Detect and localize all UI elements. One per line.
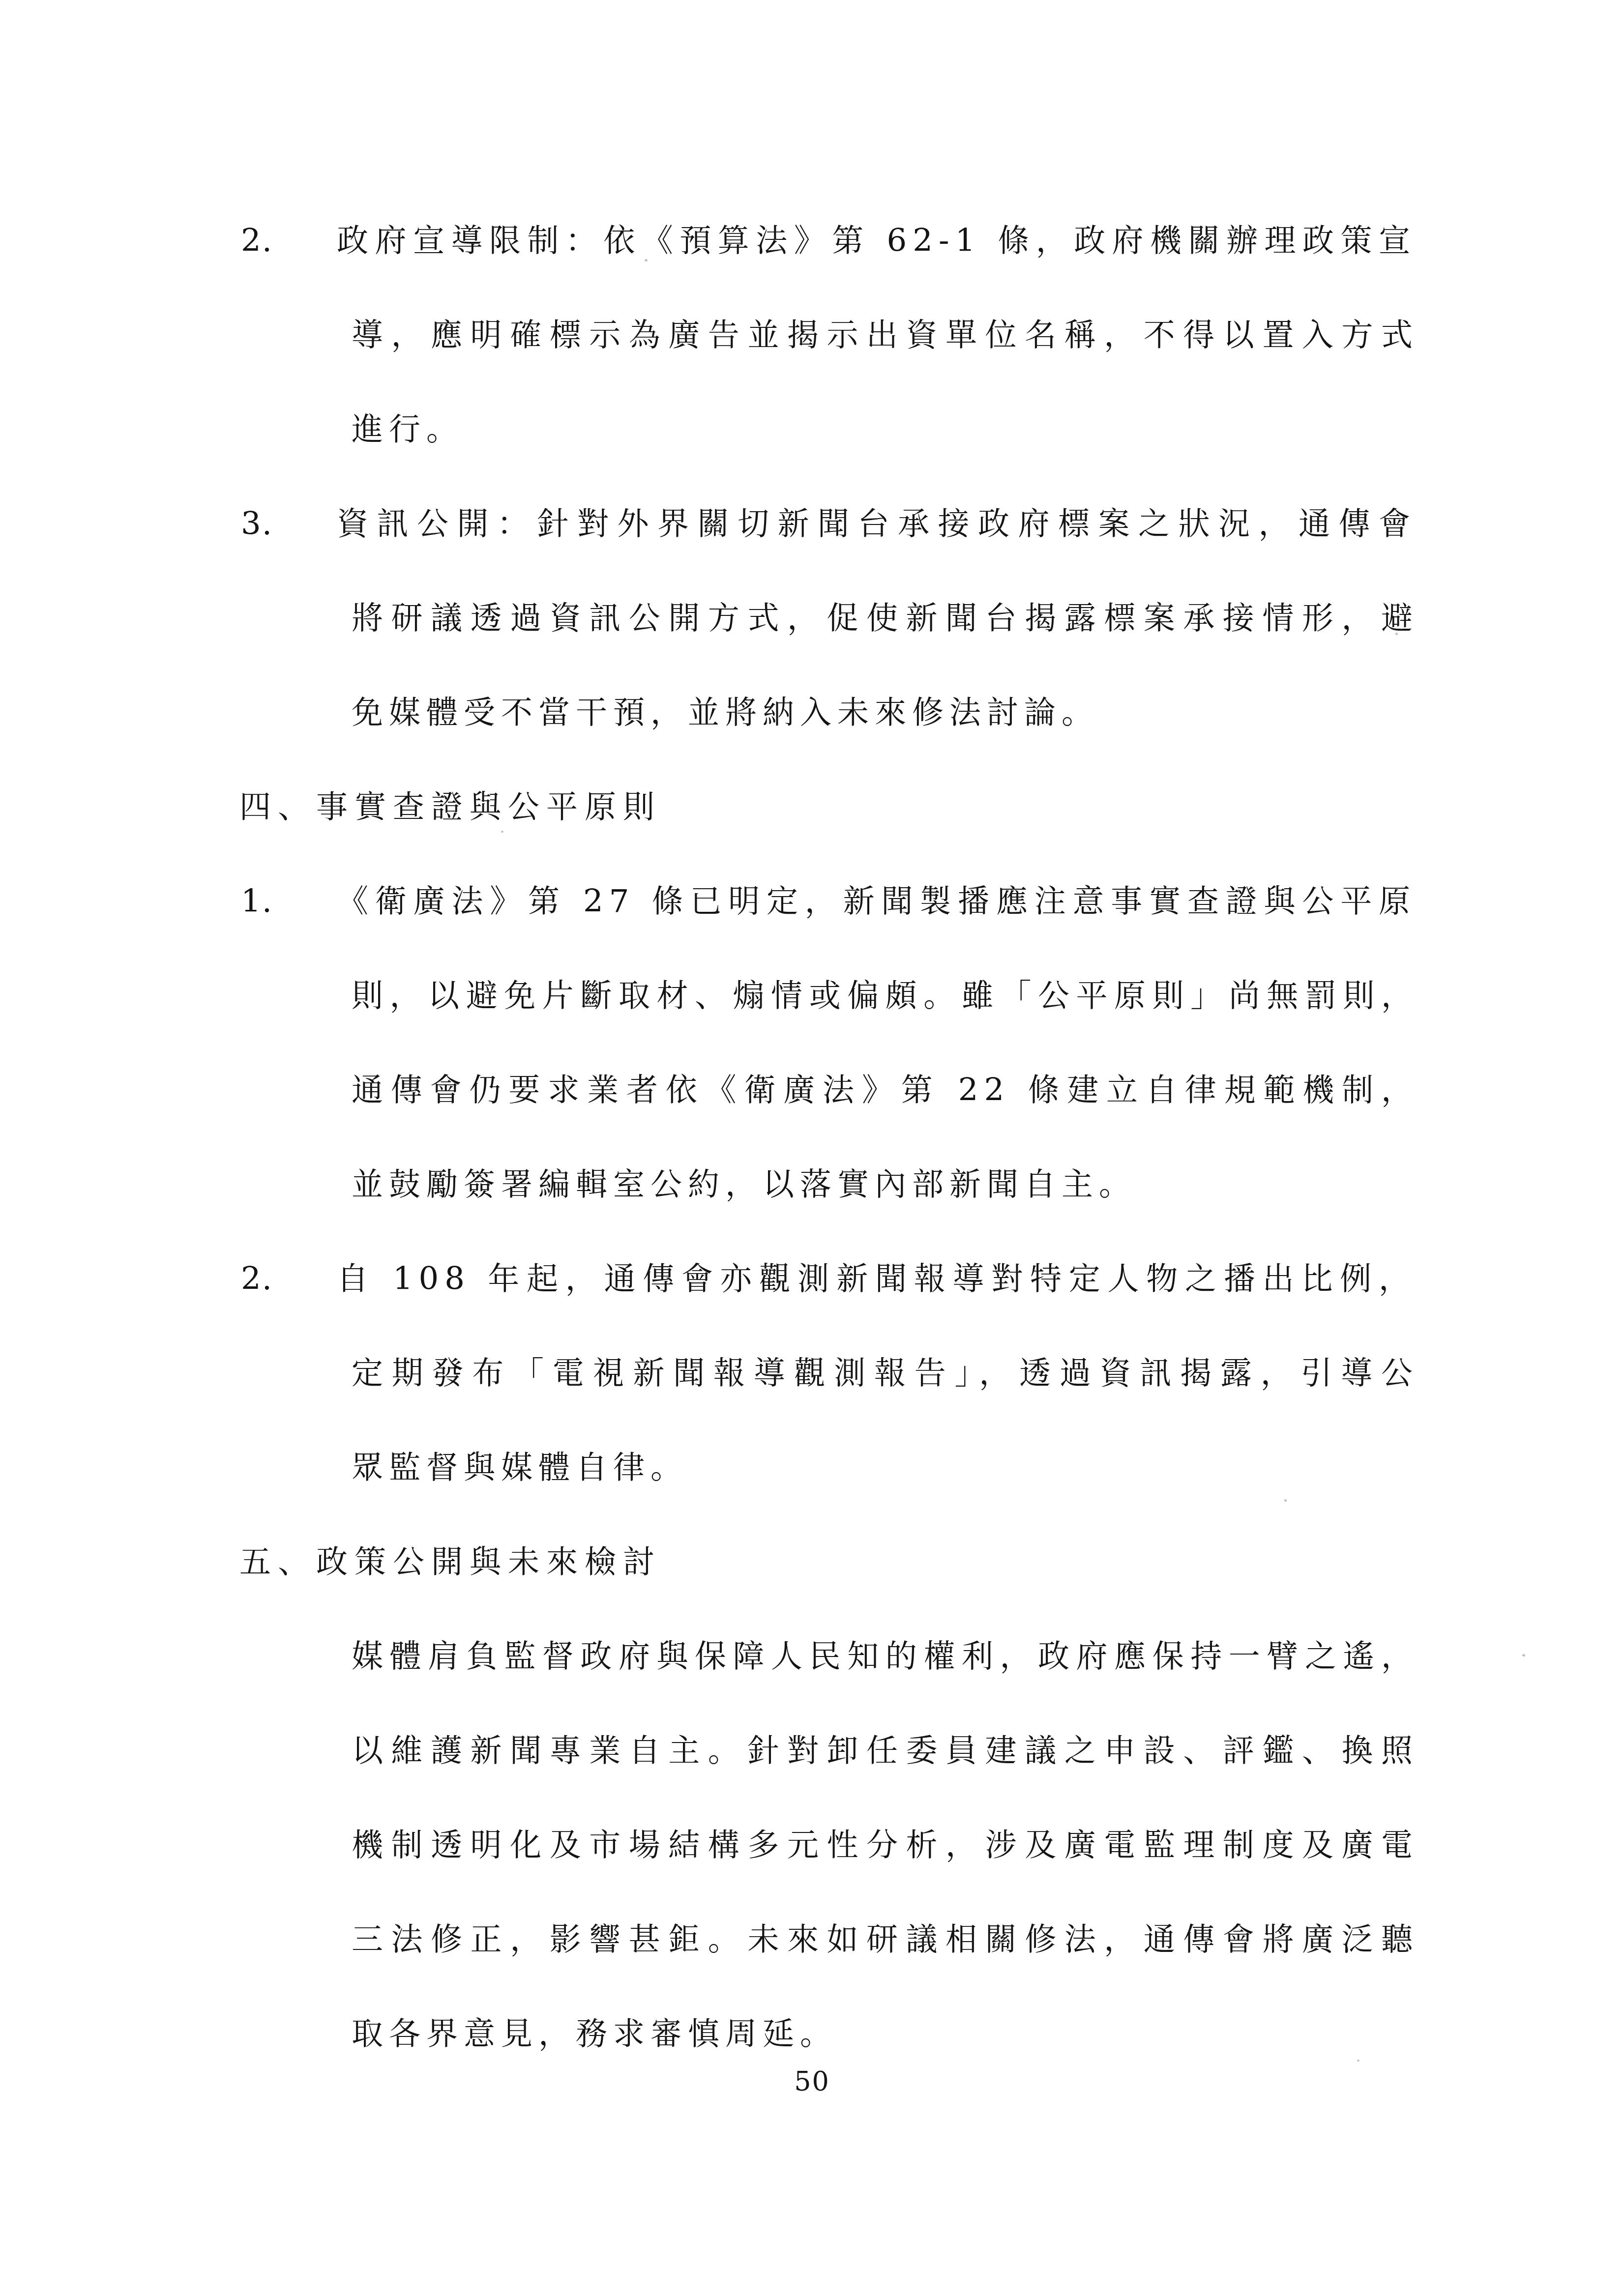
paragraph-line: 媒體肩負監督政府與保障人民知的權利，政府應保持一臂之遙， bbox=[0, 1609, 1624, 1704]
numbered-item-line: 3. 資訊公開：針對外界關切新聞台承接政府標案之狀況，通傳會 bbox=[0, 477, 1624, 571]
item-text: 政府宣導限制：依《預算法》第 62-1 條，政府機關辦理政策宣 bbox=[337, 194, 1416, 288]
item-text: 將研議透過資訊公開方式，促使新聞台揭露標案承接情形，避 bbox=[352, 571, 1418, 666]
paragraph-line: 三法修正，影響甚鉅。未來如研議相關修法，通傳會將廣泛聽 bbox=[0, 1892, 1624, 1987]
scan-speck bbox=[645, 259, 648, 262]
item-text: 定期發布「電視新聞報導觀測報告」，透過資訊揭露，引導公 bbox=[352, 1326, 1418, 1421]
paragraph-text: 機制透明化及市場結構多元性分析，涉及廣電監理制度及廣電 bbox=[352, 1798, 1418, 1892]
numbered-item-line: 2. 自 108 年起，通傳會亦觀測新聞報導對特定人物之播出比例， bbox=[0, 1232, 1624, 1326]
numbered-item-line: 2. 政府宣導限制：依《預算法》第 62-1 條，政府機關辦理政策宣 bbox=[0, 194, 1624, 288]
section-heading: 四、事實查證與公平原則 bbox=[0, 760, 1624, 854]
paragraph-line: 機制透明化及市場結構多元性分析，涉及廣電監理制度及廣電 bbox=[0, 1798, 1624, 1892]
document-page: 2. 政府宣導限制：依《預算法》第 62-1 條，政府機關辦理政策宣 導，應明確… bbox=[0, 0, 1624, 2296]
paragraph-text: 媒體肩負監督政府與保障人民知的權利，政府應保持一臂之遙， bbox=[352, 1609, 1418, 1704]
item-text: 進行。 bbox=[352, 382, 464, 477]
item-text: 導，應明確標示為廣告並揭示出資單位名稱，不得以置入方式 bbox=[352, 288, 1418, 382]
document-body: 2. 政府宣導限制：依《預算法》第 62-1 條，政府機關辦理政策宣 導，應明確… bbox=[0, 194, 1624, 2081]
item-number: 2. bbox=[241, 1232, 273, 1326]
continuation-line: 通傳會仍要求業者依《衛廣法》第 22 條建立自律規範機制， bbox=[0, 1043, 1624, 1137]
item-text: 免媒體受不當干預，並將納入未來修法討論。 bbox=[352, 666, 1099, 760]
paragraph-text: 三法修正，影響甚鉅。未來如研議相關修法，通傳會將廣泛聽 bbox=[352, 1892, 1418, 1987]
item-number: 3. bbox=[241, 477, 273, 571]
continuation-line: 導，應明確標示為廣告並揭示出資單位名稱，不得以置入方式 bbox=[0, 288, 1624, 382]
continuation-line: 將研議透過資訊公開方式，促使新聞台揭露標案承接情形，避 bbox=[0, 571, 1624, 666]
page-number: 50 bbox=[0, 2067, 1624, 2096]
continuation-line: 定期發布「電視新聞報導觀測報告」，透過資訊揭露，引導公 bbox=[0, 1326, 1624, 1421]
paragraph-line: 以維護新聞專業自主。針對卸任委員建議之申設、評鑑、換照 bbox=[0, 1704, 1624, 1798]
scan-speck bbox=[501, 831, 503, 833]
item-number: 1. bbox=[241, 854, 273, 949]
item-text: 眾監督與媒體自律。 bbox=[352, 1421, 688, 1515]
section-heading: 五、政策公開與未來檢討 bbox=[0, 1515, 1624, 1609]
item-text: 《衛廣法》第 27 條已明定，新聞製播應注意事實查證與公平原 bbox=[337, 854, 1416, 949]
continuation-line: 眾監督與媒體自律。 bbox=[0, 1421, 1624, 1515]
continuation-line: 則，以避免片斷取材、煽情或偏頗。雖「公平原則」尚無罰則， bbox=[0, 949, 1624, 1043]
section-heading-text: 五、政策公開與未來檢討 bbox=[239, 1515, 661, 1609]
item-text: 則，以避免片斷取材、煽情或偏頗。雖「公平原則」尚無罰則， bbox=[352, 949, 1418, 1043]
scan-speck bbox=[1357, 2060, 1359, 2062]
section-heading-text: 四、事實查證與公平原則 bbox=[239, 760, 661, 854]
scan-speck bbox=[1284, 1499, 1287, 1502]
item-text: 通傳會仍要求業者依《衛廣法》第 22 條建立自律規範機制， bbox=[352, 1043, 1418, 1137]
scan-speck bbox=[1522, 1654, 1525, 1657]
continuation-line: 免媒體受不當干預，並將納入未來修法討論。 bbox=[0, 666, 1624, 760]
item-text: 自 108 年起，通傳會亦觀測新聞報導對特定人物之播出比例， bbox=[337, 1232, 1416, 1326]
continuation-line: 進行。 bbox=[0, 382, 1624, 477]
scan-speck bbox=[1395, 633, 1398, 635]
paragraph-text: 以維護新聞專業自主。針對卸任委員建議之申設、評鑑、換照 bbox=[352, 1704, 1418, 1798]
item-text: 並鼓勵簽署編輯室公約，以落實內部新聞自主。 bbox=[352, 1137, 1136, 1232]
item-text: 資訊公開：針對外界關切新聞台承接政府標案之狀況，通傳會 bbox=[337, 477, 1416, 571]
item-number: 2. bbox=[241, 194, 273, 288]
continuation-line: 並鼓勵簽署編輯室公約，以落實內部新聞自主。 bbox=[0, 1137, 1624, 1232]
numbered-item-line: 1. 《衛廣法》第 27 條已明定，新聞製播應注意事實查證與公平原 bbox=[0, 854, 1624, 949]
